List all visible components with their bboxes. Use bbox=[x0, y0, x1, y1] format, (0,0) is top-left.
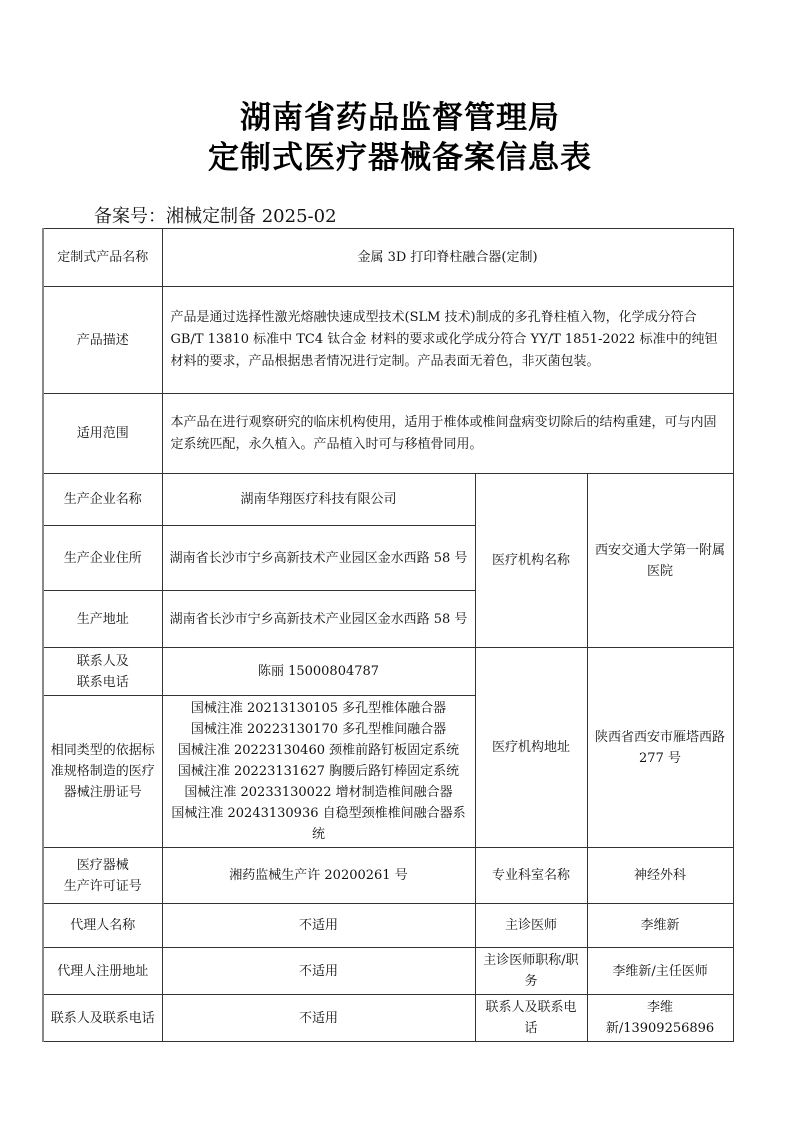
institution-name-label: 医疗机构名称 bbox=[475, 474, 587, 648]
registration-certificate-item: 国械注准 20223130460 颈椎前路钉板固定系统 bbox=[169, 740, 469, 761]
agent-name-value: 不适用 bbox=[162, 904, 475, 948]
scope-value: 本产品在进行观察研究的临床机构使用，适用于椎体或椎间盘病变切除后的结构重建，可与… bbox=[162, 394, 733, 474]
row-product-description: 产品描述 产品是通过选择性激光熔融快速成型技术(SLM 技术)制成的多孔脊柱植入… bbox=[43, 287, 733, 394]
record-number-label: 备案号： bbox=[94, 206, 166, 227]
department-value: 神经外科 bbox=[587, 848, 733, 904]
row-product-name: 定制式产品名称 金属 3D 打印脊柱融合器(定制) bbox=[43, 229, 733, 287]
record-number-value: 湘械定制备 2025-02 bbox=[166, 206, 337, 227]
row-manufacturer-name: 生产企业名称 湖南华翔医疗科技有限公司 医疗机构名称 西安交通大学第一附属医院 bbox=[43, 474, 733, 526]
product-description-label: 产品描述 bbox=[43, 287, 162, 394]
doctor-title-value: 李维新/主任医师 bbox=[587, 948, 733, 995]
manufacturer-name-label: 生产企业名称 bbox=[43, 474, 162, 526]
production-license-label: 医疗器械 生产许可证号 bbox=[43, 848, 162, 904]
contact-value: 陈丽 15000804787 bbox=[162, 648, 475, 696]
product-name-label: 定制式产品名称 bbox=[43, 229, 162, 287]
production-license-label-line1: 医疗器械 bbox=[50, 855, 156, 876]
row-agent-contact: 联系人及联系电话 不适用 联系人及联系电话 李维新/13909256896 bbox=[43, 995, 733, 1042]
registration-certificate-item: 国械注准 20213130105 多孔型椎体融合器 bbox=[169, 698, 469, 719]
row-production-license: 医疗器械 生产许可证号 湘药监械生产许 20200261 号 专业科室名称 神经… bbox=[43, 848, 733, 904]
manufacturer-name-value: 湖南华翔医疗科技有限公司 bbox=[162, 474, 475, 526]
doctor-title-label: 主诊医师职称/职务 bbox=[475, 948, 587, 995]
production-address-value: 湖南省长沙市宁乡高新技术产业园区金水西路 58 号 bbox=[162, 591, 475, 648]
production-license-label-line2: 生产许可证号 bbox=[50, 876, 156, 897]
agent-address-value: 不适用 bbox=[162, 948, 475, 995]
attending-doctor-label: 主诊医师 bbox=[475, 904, 587, 948]
contact-label: 联系人及 联系电话 bbox=[43, 648, 162, 696]
institution-address-label: 医疗机构地址 bbox=[475, 648, 587, 848]
contact-label-line1: 联系人及 bbox=[50, 651, 156, 672]
attending-doctor-value: 李维新 bbox=[587, 904, 733, 948]
registration-certificate-item: 国械注准 20223130170 多孔型椎间融合器 bbox=[169, 719, 469, 740]
production-license-value: 湘药监械生产许 20200261 号 bbox=[162, 848, 475, 904]
row-agent-name: 代理人名称 不适用 主诊医师 李维新 bbox=[43, 904, 733, 948]
manufacturer-residence-label: 生产企业住所 bbox=[43, 526, 162, 591]
row-scope: 适用范围 本产品在进行观察研究的临床机构使用，适用于椎体或椎间盘病变切除后的结构… bbox=[43, 394, 733, 474]
registration-certificates-label: 相同类型的依据标准规格制造的医疗器械注册证号 bbox=[43, 696, 162, 848]
registration-certificate-item: 国械注准 20223131627 胸腰后路钉棒固定系统 bbox=[169, 761, 469, 782]
production-address-label: 生产地址 bbox=[43, 591, 162, 648]
agent-contact-value: 不适用 bbox=[162, 995, 475, 1042]
agent-name-label: 代理人名称 bbox=[43, 904, 162, 948]
row-agent-address: 代理人注册地址 不适用 主诊医师职称/职务 李维新/主任医师 bbox=[43, 948, 733, 995]
doctor-contact-label: 联系人及联系电话 bbox=[475, 995, 587, 1042]
manufacturer-residence-value: 湖南省长沙市宁乡高新技术产业园区金水西路 58 号 bbox=[162, 526, 475, 591]
department-label: 专业科室名称 bbox=[475, 848, 587, 904]
product-name-value: 金属 3D 打印脊柱融合器(定制) bbox=[162, 229, 733, 287]
registration-certificate-item: 国械注准 20233130022 增材制造椎间融合器 bbox=[169, 782, 469, 803]
document-title-line2: 定制式医疗器械备案信息表 bbox=[0, 132, 800, 177]
doctor-contact-value: 李维新/13909256896 bbox=[587, 995, 733, 1042]
info-table: 定制式产品名称 金属 3D 打印脊柱融合器(定制) 产品描述 产品是通过选择性激… bbox=[42, 228, 734, 1042]
product-description-value: 产品是通过选择性激光熔融快速成型技术(SLM 技术)制成的多孔脊柱植入物，化学成… bbox=[162, 287, 733, 394]
row-contact: 联系人及 联系电话 陈丽 15000804787 医疗机构地址 陕西省西安市雁塔… bbox=[43, 648, 733, 696]
registration-certificates-list: 国械注准 20213130105 多孔型椎体融合器 国械注准 202231301… bbox=[162, 696, 475, 848]
contact-label-line2: 联系电话 bbox=[50, 672, 156, 693]
institution-name-value: 西安交通大学第一附属医院 bbox=[587, 474, 733, 648]
agent-contact-label: 联系人及联系电话 bbox=[43, 995, 162, 1042]
institution-address-value: 陕西省西安市雁塔西路 277 号 bbox=[587, 648, 733, 848]
agent-address-label: 代理人注册地址 bbox=[43, 948, 162, 995]
document-title-line1: 湖南省药品监督管理局 bbox=[0, 92, 800, 137]
record-number: 备案号：湘械定制备 2025-02 bbox=[94, 202, 337, 228]
scope-label: 适用范围 bbox=[43, 394, 162, 474]
registration-certificate-item: 国械注准 20243130936 自稳型颈椎椎间融合器系统 bbox=[169, 803, 469, 845]
